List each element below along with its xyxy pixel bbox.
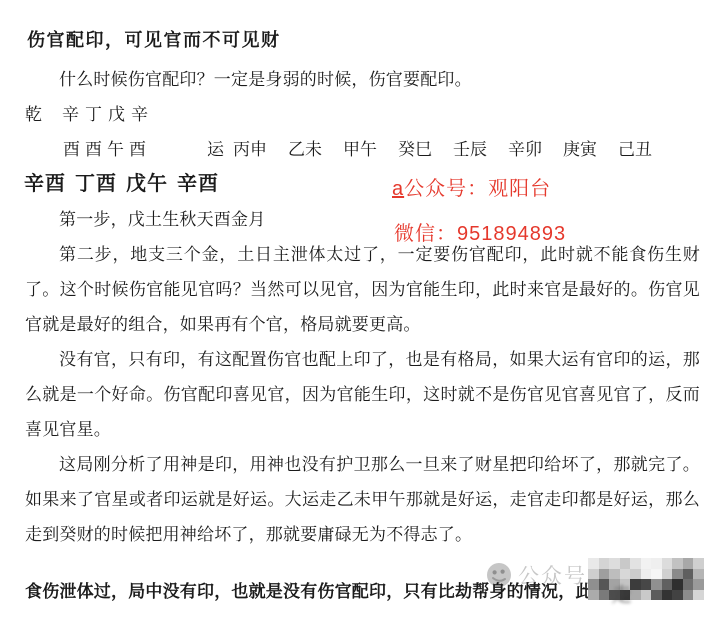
mosaic-cell — [651, 590, 662, 601]
mosaic-cell — [683, 569, 694, 580]
body-paragraph: 这局刚分析了用神是印，用神也没有护卫那么一旦来了财星把印给坏了，那就完了。如果来… — [25, 447, 700, 552]
mosaic-cell — [588, 569, 599, 580]
mosaic-cell — [672, 579, 683, 590]
bazi-highlight-pillars-row: 辛酉丁酉戊午辛酉 — [24, 167, 700, 202]
red-watermark-wechat: 微信：951894893 — [394, 217, 566, 246]
mosaic-cell — [693, 569, 704, 580]
bazi-stems-row: 乾 辛丁戊辛 — [25, 97, 700, 132]
mosaic-cell — [599, 579, 610, 590]
earthly-branch: 酉 — [63, 132, 80, 167]
mosaic-cell — [693, 558, 704, 569]
luck-pillar: 甲午 — [343, 132, 377, 167]
mosaic-cell — [609, 569, 620, 580]
luck-pillars: 丙申乙未甲午癸巳壬辰辛卯庚寅己丑 — [233, 132, 652, 167]
body-paragraph: 第一步，戊土生秋天酉金月 — [25, 202, 700, 237]
mosaic-cell — [672, 569, 683, 580]
luck-pillar: 丙申 — [233, 132, 267, 167]
body-paragraph: 第二步，地支三个金，土日主泄体太过了，一定要伤官配印，此时就不能食伤生财了。这个… — [25, 237, 700, 342]
luck-pillar: 辛卯 — [508, 132, 542, 167]
red-watermark-account-text: 公众号：观阳台 — [404, 178, 551, 200]
mosaic-cell — [651, 558, 662, 569]
document-page: 伤官配印，可见官而不可见财 什么时候伤官配印？一定是身弱的时候，伤官要配印。 乾… — [0, 0, 714, 617]
mosaic-cell — [641, 590, 652, 601]
mosaic-cell — [672, 558, 683, 569]
mosaic-cell — [641, 569, 652, 580]
mosaic-cell — [588, 590, 599, 601]
mosaic-cell — [620, 569, 631, 580]
highlight-pillar: 辛酉 — [24, 167, 66, 202]
highlight-pillar: 辛酉 — [177, 167, 219, 202]
mosaic-cell — [662, 590, 673, 601]
heavenly-stem: 辛 — [62, 97, 79, 132]
mosaic-cell — [641, 579, 652, 590]
mosaic-cell — [651, 579, 662, 590]
heavenly-stems: 辛丁戊辛 — [62, 97, 148, 132]
intro-paragraph: 什么时候伤官配印？一定是身弱的时候，伤官要配印。 — [25, 62, 700, 97]
mosaic-cell — [630, 590, 641, 601]
gender-label: 乾 — [25, 97, 42, 132]
red-watermark-underlined-prefix: a — [392, 178, 404, 200]
mosaic-cell — [662, 569, 673, 580]
mosaic-cell — [672, 590, 683, 601]
mosaic-cell — [599, 590, 610, 601]
earthly-branches: 酉酉午酉 — [63, 132, 146, 167]
mosaic-cell — [651, 569, 662, 580]
luck-cycle-label: 运 — [207, 132, 224, 167]
heavenly-stem: 戊 — [108, 97, 125, 132]
bazi-branches-row: 酉酉午酉 运 丙申乙未甲午癸巳壬辰辛卯庚寅己丑 — [25, 132, 700, 167]
mosaic-cell — [641, 558, 652, 569]
mosaic-cell — [620, 558, 631, 569]
page-title: 伤官配印，可见官而不可见财 — [27, 26, 700, 52]
mosaic-cell — [599, 569, 610, 580]
earthly-branch: 午 — [107, 132, 124, 167]
mosaic-cell — [693, 579, 704, 590]
mosaic-cell — [683, 579, 694, 590]
heavenly-stem: 丁 — [85, 97, 102, 132]
mosaic-cell — [588, 579, 599, 590]
censored-ghost-text: 走 — [612, 580, 631, 607]
luck-pillar: 庚寅 — [563, 132, 597, 167]
mosaic-cell — [630, 558, 641, 569]
body-paragraph: 没有官，只有印，有这配置伤官也配上印了，也是有格局，如果大运有官印的运，那么就是… — [25, 342, 700, 447]
mosaic-cell — [588, 558, 599, 569]
mosaic-cell — [599, 558, 610, 569]
luck-pillar: 壬辰 — [453, 132, 487, 167]
mosaic-cell — [683, 558, 694, 569]
highlight-pillar: 戊午 — [126, 167, 168, 202]
red-watermark-public-account: a公众号：观阳台 — [392, 172, 551, 201]
luck-pillar: 己丑 — [618, 132, 652, 167]
mosaic-cell — [693, 590, 704, 601]
mosaic-cell — [609, 558, 620, 569]
earthly-branch: 酉 — [85, 132, 102, 167]
heavenly-stem: 辛 — [131, 97, 148, 132]
mosaic-cell — [630, 569, 641, 580]
body-paragraphs: 第一步，戊土生秋天酉金月第二步，地支三个金，土日主泄体太过了，一定要伤官配印，此… — [25, 202, 700, 552]
mosaic-cell — [662, 579, 673, 590]
mosaic-cell — [630, 579, 641, 590]
mosaic-cell — [662, 558, 673, 569]
censor-mosaic-block — [588, 558, 704, 600]
luck-pillar: 癸巳 — [398, 132, 432, 167]
luck-pillar: 乙未 — [288, 132, 322, 167]
earthly-branch: 酉 — [129, 132, 146, 167]
mosaic-cell — [683, 590, 694, 601]
highlight-pillar: 丁酉 — [75, 167, 117, 202]
